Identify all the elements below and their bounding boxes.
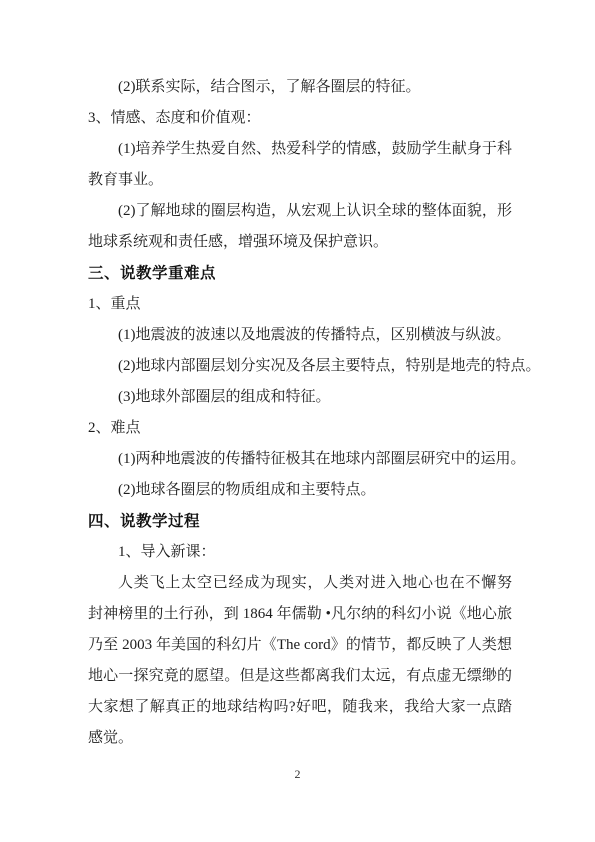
- text-line: 大家想了解真正的地球结构吗?好吧，随我来，我给大家一点踏实的: [88, 692, 512, 723]
- text-line: 1、重点: [88, 289, 512, 320]
- page-number: 2: [0, 764, 595, 784]
- text-line: 乃至 2003 年美国的科幻片《The cord》的情节，都反映了人类想进入: [88, 630, 512, 661]
- text-line: (2)了解地球的圈层构造，从宏观上认识全球的整体面貌，形成: [88, 196, 512, 227]
- text-line: 教育事业。: [88, 165, 512, 196]
- text-line: (1)培养学生热爱自然、热爱科学的情感，鼓励学生献身于科学: [88, 134, 512, 165]
- text-line: (2)联系实际，结合图示，了解各圈层的特征。: [88, 72, 512, 103]
- text-line: (2)地球内部圈层划分实况及各层主要特点，特别是地壳的特点。: [88, 351, 512, 382]
- text-line: 封神榜里的土行孙，到 1864 年儒勒 •凡尔纳的科幻小说《地心旅行》，: [88, 599, 512, 630]
- text-line: 地心一探究竟的愿望。但是这些都离我们太远，有点虚无缥缈的感觉，: [88, 661, 512, 692]
- text-line: 地球系统观和责任感，增强环境及保护意识。: [88, 227, 512, 258]
- section-heading: 四、说教学过程: [88, 506, 512, 537]
- document-body: (2)联系实际，结合图示，了解各圈层的特征。3、情感、态度和价值观：(1)培养学…: [88, 72, 512, 754]
- section-heading: 三、说教学重难点: [88, 258, 512, 289]
- text-line: 3、情感、态度和价值观：: [88, 103, 512, 134]
- text-line: (1)地震波的波速以及地震波的传播特点，区别横波与纵波。: [88, 320, 512, 351]
- text-line: 感觉。: [88, 723, 512, 754]
- text-line: 人类飞上太空已经成为现实，人类对进入地心也在不懈努力，从: [88, 568, 512, 599]
- text-line: (2)地球各圈层的物质组成和主要特点。: [88, 475, 512, 506]
- document-page: (2)联系实际，结合图示，了解各圈层的特征。3、情感、态度和价值观：(1)培养学…: [0, 0, 595, 842]
- text-line: 2、难点: [88, 413, 512, 444]
- text-line: (3)地球外部圈层的组成和特征。: [88, 382, 512, 413]
- text-line: (1)两种地震波的传播特征极其在地球内部圈层研究中的运用。: [88, 444, 512, 475]
- text-line: 1、导入新课：: [88, 537, 512, 568]
